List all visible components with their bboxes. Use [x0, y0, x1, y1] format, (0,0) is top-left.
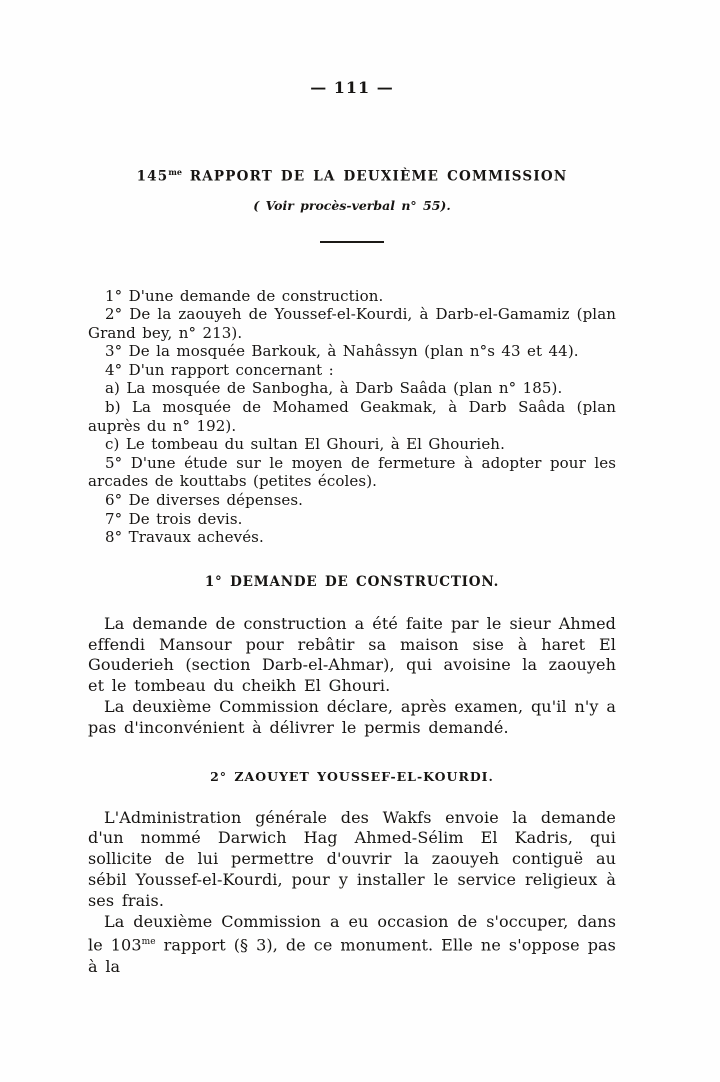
- section2-paragraph-2-part2: rapport (§ 3), de ce monument. Elle ne s…: [88, 936, 616, 976]
- report-title-number: 145: [137, 169, 169, 185]
- report-title-ordinal: me: [168, 167, 182, 177]
- section1-paragraph-1: La demande de construction a été faite p…: [88, 614, 616, 697]
- agenda-item-4b: b) La mosquée de Mohamed Geakmak, à Darb…: [88, 398, 616, 435]
- agenda-item-4a: a) La mosquée de Sanbogha, à Darb Saâda …: [88, 379, 616, 398]
- agenda-item-4: 4° D'un rapport concernant :: [88, 361, 616, 380]
- report-title-text: RAPPORT DE LA DEUXIÈME COMMISSION: [182, 169, 567, 185]
- page-content: — 111 — 145me RAPPORT DE LA DEUXIÈME COM…: [88, 0, 616, 977]
- agenda-item-2: 2° De la zaouyeh de Youssef-el-Kourdi, à…: [88, 305, 616, 342]
- agenda-item-6: 6° De diverses dépenses.: [88, 491, 616, 510]
- report-subtitle: ( Voir procès-verbal n° 55).: [88, 198, 616, 213]
- agenda-list: 1° D'une demande de construction. 2° De …: [88, 287, 616, 547]
- agenda-item-7: 7° De trois devis.: [88, 510, 616, 529]
- section2-paragraph-2: La deuxième Commission a eu occasion de …: [88, 912, 616, 978]
- agenda-item-8: 8° Travaux achevés.: [88, 528, 616, 547]
- agenda-item-5: 5° D'une étude sur le moyen de fermeture…: [88, 454, 616, 491]
- page-number: — 111 —: [88, 78, 616, 97]
- section1-heading: 1° DEMANDE DE CONSTRUCTION.: [88, 574, 616, 590]
- agenda-item-3: 3° De la mosquée Barkouk, à Nahâssyn (pl…: [88, 342, 616, 361]
- section2-paragraph-2-ordinal: me: [142, 937, 156, 947]
- agenda-item-4c: c) Le tombeau du sultan El Ghouri, à El …: [88, 435, 616, 454]
- section1-paragraph-2: La deuxième Commission déclare, après ex…: [88, 697, 616, 739]
- section2-paragraph-1: L'Administration générale des Wakfs envo…: [88, 808, 616, 912]
- scanned-document-page: — 111 — 145me RAPPORT DE LA DEUXIÈME COM…: [0, 0, 720, 1082]
- divider-rule: [320, 241, 384, 243]
- report-title: 145me RAPPORT DE LA DEUXIÈME COMMISSION: [88, 167, 616, 185]
- section2-heading: 2° ZAOUYET YOUSSEF-EL-KOURDI.: [88, 769, 616, 784]
- agenda-item-1: 1° D'une demande de construction.: [88, 287, 616, 306]
